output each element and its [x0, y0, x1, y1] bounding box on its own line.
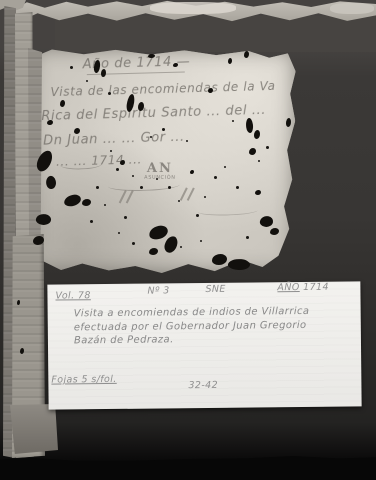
- photo-frame: Año de 1714 — Vista de las encomiendas d…: [0, 0, 376, 480]
- card-description: Visita a encomiendas de indios de Villar…: [74, 305, 310, 348]
- card-folios: Fojas 5 s/fol.: [51, 374, 116, 386]
- pencil-slash-mark: [187, 187, 195, 200]
- archive-stamp: AN ASUNCIÓN: [134, 162, 186, 190]
- torn-paper-highlight: [150, 2, 236, 14]
- card-year-value: 1714: [303, 282, 329, 293]
- manuscript-script-line: Dn Juan ... ... Gor ...: [43, 130, 185, 149]
- ink-flourish: [86, 58, 184, 75]
- ink-flourish: [60, 159, 102, 170]
- archive-stamp-initials: AN: [134, 162, 186, 175]
- ink-flourish: [198, 206, 258, 217]
- background-bottom-band: [0, 450, 376, 480]
- card-volume: Vol. 78: [55, 290, 90, 301]
- card-section: SNE: [205, 284, 225, 295]
- card-year: AÑO 1714: [277, 282, 329, 294]
- archive-stamp-city: ASUNCIÓN: [144, 175, 176, 180]
- card-number: Nº 3: [147, 285, 169, 296]
- binding-strip: [28, 48, 42, 252]
- torn-paper-highlight: [330, 3, 374, 14]
- pencil-slash-mark: [126, 190, 134, 203]
- catalog-card: Vol. 78 Nº 3 SNE AÑO 1714 Visita a encom…: [47, 281, 361, 409]
- card-year-label: AÑO: [277, 282, 299, 293]
- manuscript-leaf: Año de 1714 — Vista de las encomiendas d…: [29, 47, 296, 274]
- binding-patch: [10, 404, 58, 454]
- background-upper-band: [55, 16, 376, 52]
- card-folio-range: 32-42: [188, 380, 218, 391]
- card-description-line: efectuada por el Gobernador Juan Gregori…: [74, 318, 310, 334]
- manuscript-script-line: Rica del Espíritu Santo ... del ...: [41, 103, 266, 124]
- card-description-line: Bazán de Pedraza.: [74, 332, 310, 348]
- manuscript-script-line: Vista de las encomiendas de la Va: [50, 79, 275, 99]
